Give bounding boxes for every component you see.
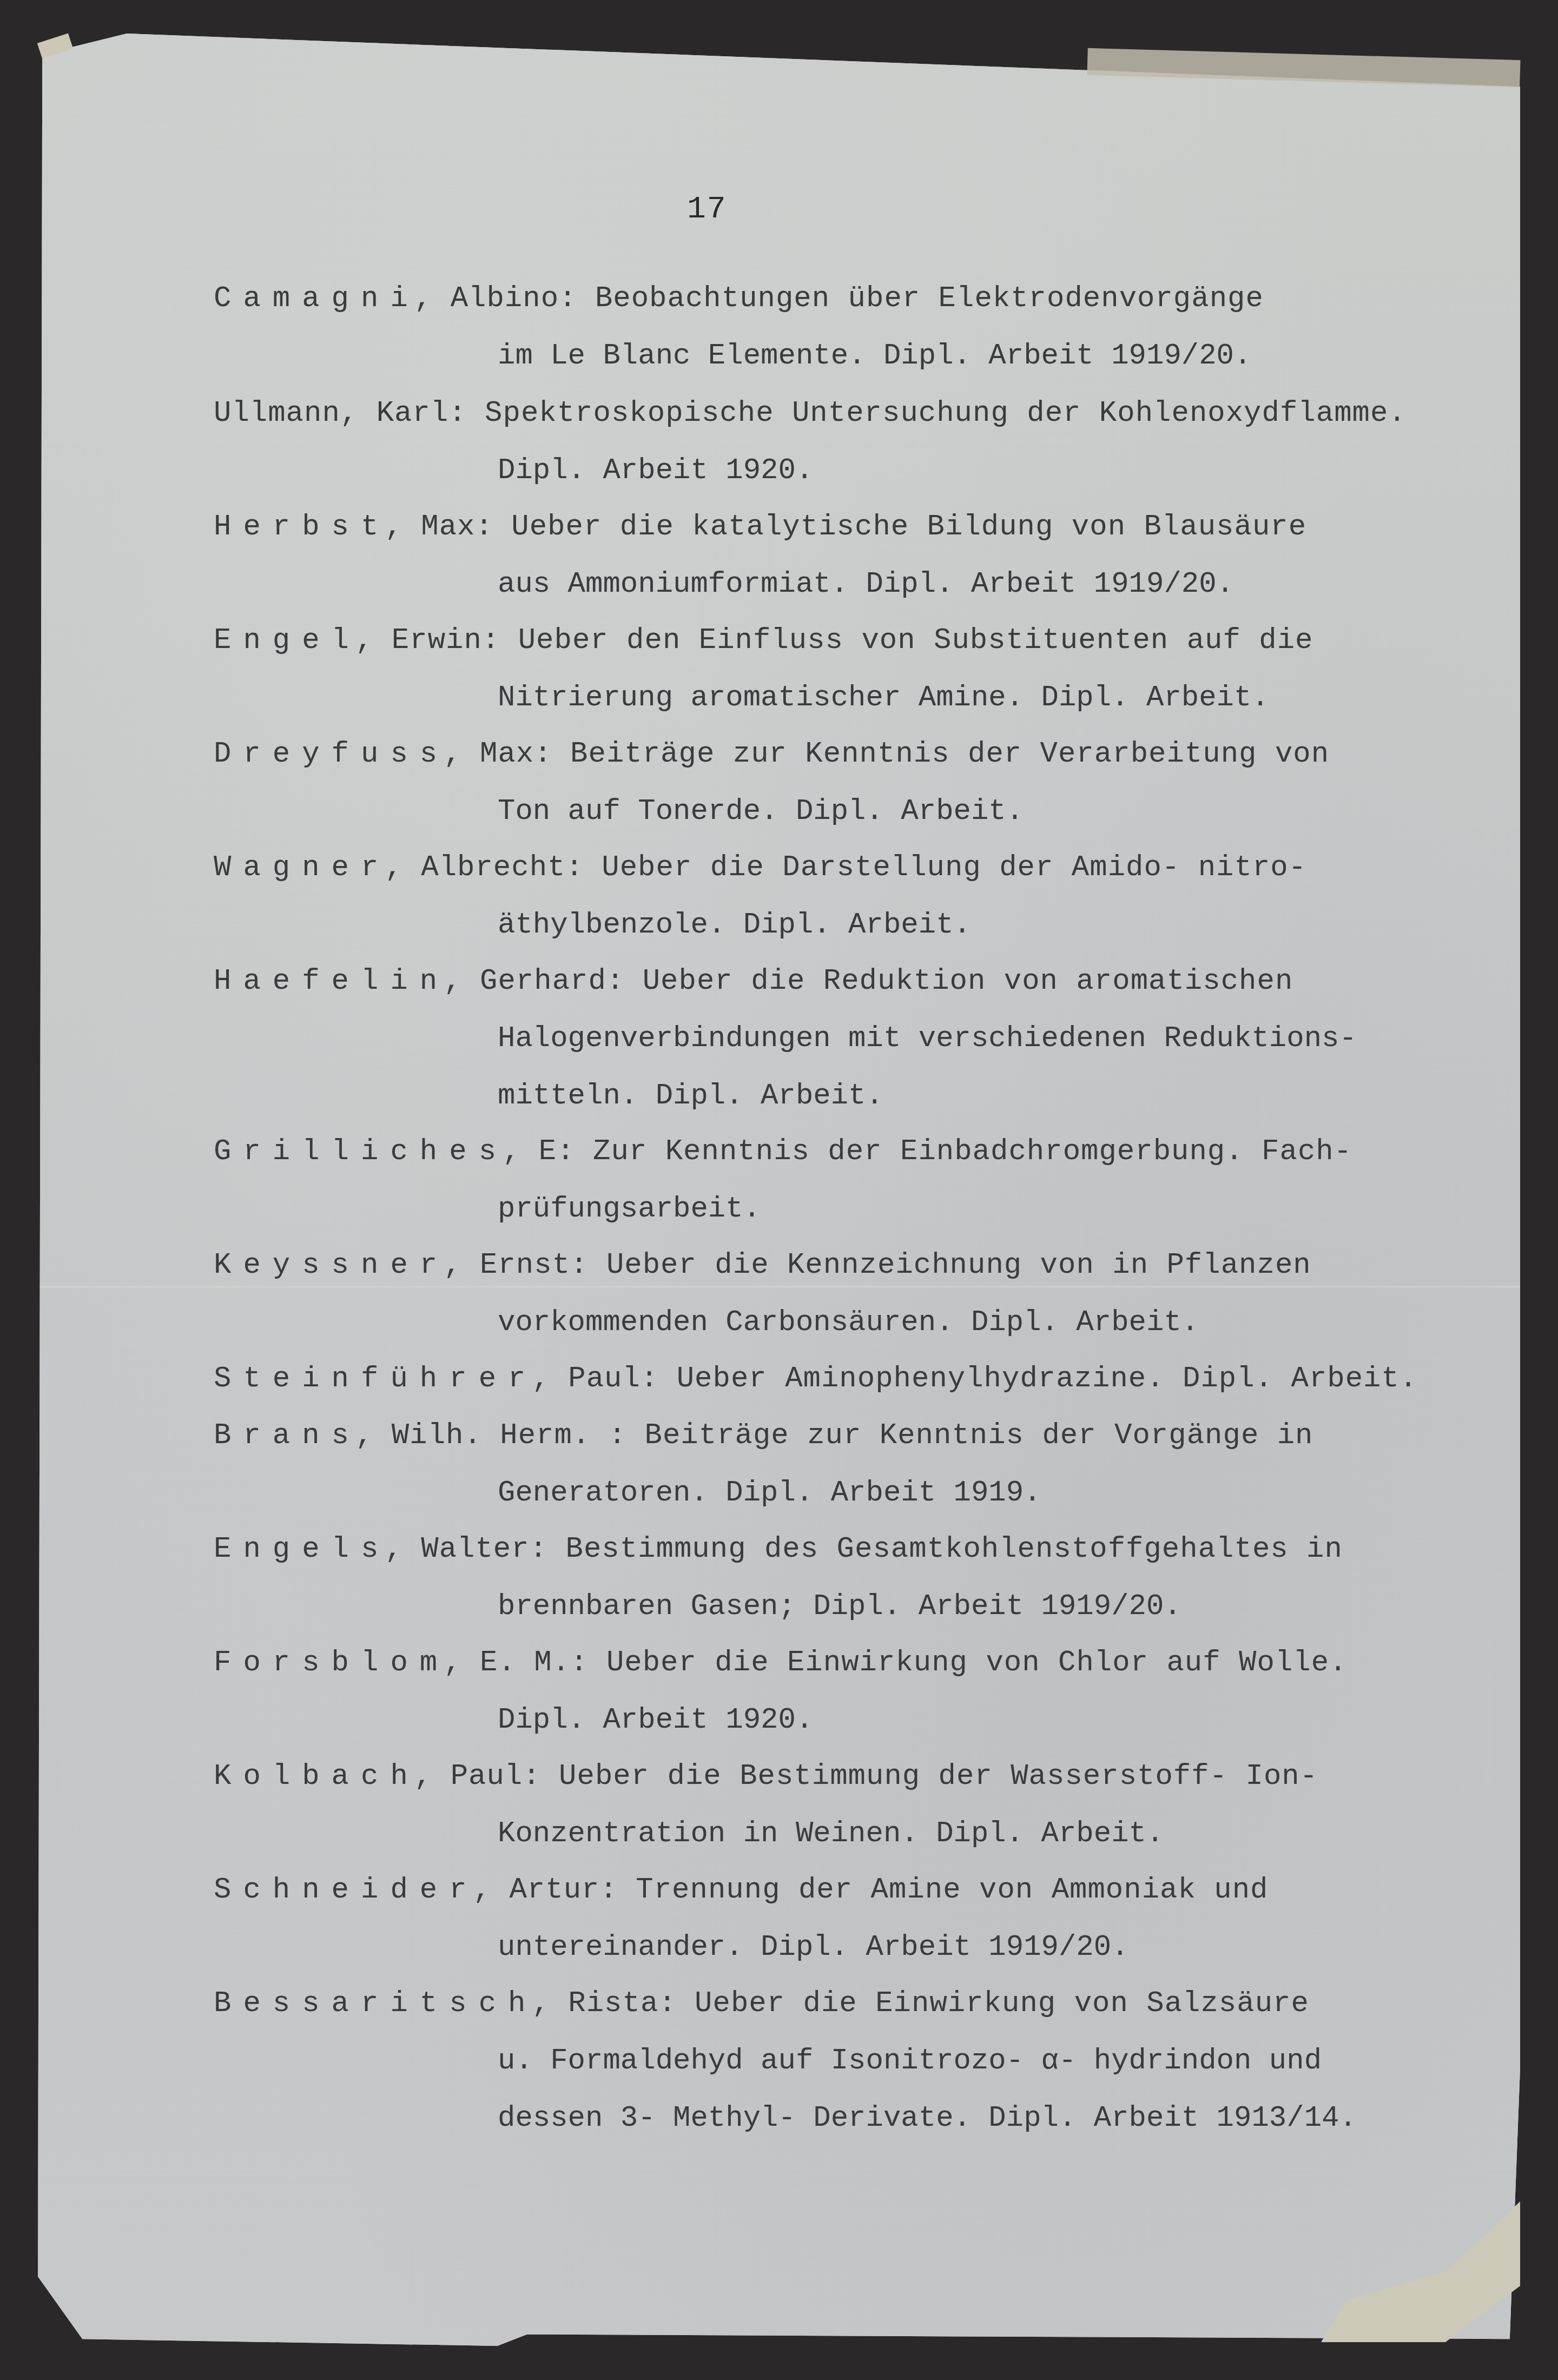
entry-continuation: Dipl. Arbeit 1920. <box>214 442 1407 500</box>
entry-surname: Dreyfuss <box>214 738 449 771</box>
bibliography-entry: Steinführer, Paul: Ueber Aminophenylhydr… <box>214 1351 1417 1408</box>
entry-surname: Engel <box>214 624 361 657</box>
entry-surname: Steinführer <box>214 1363 537 1396</box>
entry-title: , Max: Ueber die katalytische Bildung vo… <box>385 511 1306 544</box>
entry-title: , Albino: Beobachtungen über Elektrodenv… <box>414 282 1264 315</box>
bibliography-entry: Bessaritsch, Rista: Ueber die Einwirkung… <box>214 1975 1357 2147</box>
bibliography-entry: Engels, Walter: Bestimmung des Gesamtkoh… <box>214 1521 1343 1636</box>
entry-continuation: brennbaren Gasen; Dipl. Arbeit 1919/20. <box>214 1578 1343 1636</box>
entry-continuation: prüfungsarbeit. <box>214 1181 1352 1238</box>
entry-surname: Brans <box>214 1419 361 1452</box>
entry-surname: Wagner <box>214 851 390 884</box>
entry-title: , Walter: Bestimmung des Gesamtkohlensto… <box>385 1533 1342 1566</box>
entry-title: , Paul: Ueber Aminophenylhydrazine. Dipl… <box>532 1363 1417 1396</box>
entry-continuation: dessen 3- Methyl- Derivate. Dipl. Arbeit… <box>214 2090 1357 2147</box>
entry-continuation: Konzentration in Weinen. Dipl. Arbeit. <box>214 1806 1318 1863</box>
entry-title: , Artur: Trennung der Amine von Ammoniak… <box>473 1874 1269 1907</box>
entry-title: , Max: Beiträge zur Kenntnis der Verarbe… <box>444 738 1329 771</box>
bibliography-entry: Brans, Wilh. Herm. : Beiträge zur Kenntn… <box>214 1407 1313 1522</box>
entry-title: Ullmann, Karl: Spektroskopische Untersuc… <box>214 397 1407 430</box>
bibliography-entry: Keyssner, Ernst: Ueber die Kennzeichnung… <box>214 1237 1311 1352</box>
entry-continuation: Halogenverbindungen mit verschiedenen Re… <box>214 1010 1357 1068</box>
entry-continuation: vorkommenden Carbonsäuren. Dipl. Arbeit. <box>214 1294 1311 1352</box>
entry-title: , Erwin: Ueber den Einfluss von Substitu… <box>355 624 1313 657</box>
entry-continuation: mitteln. Dipl. Arbeit. <box>214 1068 1357 1125</box>
entry-surname: Bessaritsch <box>214 1987 537 2020</box>
bibliography-entry: Ullmann, Karl: Spektroskopische Untersuc… <box>214 385 1407 500</box>
bibliography-entry: Camagni, Albino: Beobachtungen über Elek… <box>214 270 1264 385</box>
bibliography-entry: Schneider, Artur: Trennung der Amine von… <box>214 1862 1269 1976</box>
page-number: 17 <box>687 192 727 227</box>
entry-surname: Herbst <box>214 511 390 544</box>
bibliography-entry: Haefelin, Gerhard: Ueber die Reduktion v… <box>214 953 1357 1125</box>
entry-title: , E: Zur Kenntnis der Einbadchromgerbung… <box>503 1135 1352 1168</box>
bibliography-entry: Forsblom, E. M.: Ueber die Einwirkung vo… <box>214 1635 1348 1749</box>
bibliography-entry: Dreyfuss, Max: Beiträge zur Kenntnis der… <box>214 726 1329 841</box>
entry-surname: Haefelin <box>214 965 449 998</box>
bibliography-entry: Wagner, Albrecht: Ueber die Darstellung … <box>214 839 1306 954</box>
entry-surname: Grilliches <box>214 1135 508 1168</box>
entry-continuation: äthylbenzole. Dipl. Arbeit. <box>214 897 1306 954</box>
entry-title: , E. M.: Ueber die Einwirkung von Chlor … <box>444 1647 1347 1680</box>
entry-title: , Rista: Ueber die Einwirkung von Salzsä… <box>532 1987 1309 2020</box>
entry-title: , Wilh. Herm. : Beiträge zur Kenntnis de… <box>355 1419 1313 1452</box>
bibliography-entry: Kolbach, Paul: Ueber die Bestimmung der … <box>214 1748 1318 1863</box>
entry-continuation: Nitrierung aromatischer Amine. Dipl. Arb… <box>214 670 1313 727</box>
entry-continuation: untereinander. Dipl. Arbeit 1919/20. <box>214 1919 1269 1976</box>
bibliography-entry: Grilliches, E: Zur Kenntnis der Einbadch… <box>214 1123 1352 1238</box>
entry-title: , Paul: Ueber die Bestimmung der Wassers… <box>414 1760 1318 1793</box>
bibliography-entry: Engel, Erwin: Ueber den Einfluss von Sub… <box>214 612 1313 727</box>
entry-title: , Ernst: Ueber die Kennzeichnung von in … <box>444 1249 1311 1282</box>
entry-surname: Camagni <box>214 282 420 315</box>
entry-surname: Keyssner <box>214 1249 449 1282</box>
entry-surname: Schneider <box>214 1874 479 1907</box>
entry-continuation: Dipl. Arbeit 1920. <box>214 1692 1348 1749</box>
entry-title: , Albrecht: Ueber die Darstellung der Am… <box>385 851 1306 884</box>
bibliography-entry: Herbst, Max: Ueber die katalytische Bild… <box>214 499 1306 613</box>
entry-continuation: im Le Blanc Elemente. Dipl. Arbeit 1919/… <box>214 328 1264 385</box>
entry-continuation: aus Ammoniumformiat. Dipl. Arbeit 1919/2… <box>214 556 1306 613</box>
entry-continuation: u. Formaldehyd auf Isonitrozo- α- hydrin… <box>214 2033 1357 2090</box>
entry-surname: Kolbach <box>214 1760 420 1793</box>
entry-surname: Forsblom <box>214 1647 449 1680</box>
entry-surname: Engels <box>214 1533 390 1566</box>
entry-title: , Gerhard: Ueber die Reduktion von aroma… <box>444 965 1293 998</box>
entry-continuation: Ton auf Tonerde. Dipl. Arbeit. <box>214 783 1329 841</box>
entry-continuation: Generatoren. Dipl. Arbeit 1919. <box>214 1465 1313 1522</box>
